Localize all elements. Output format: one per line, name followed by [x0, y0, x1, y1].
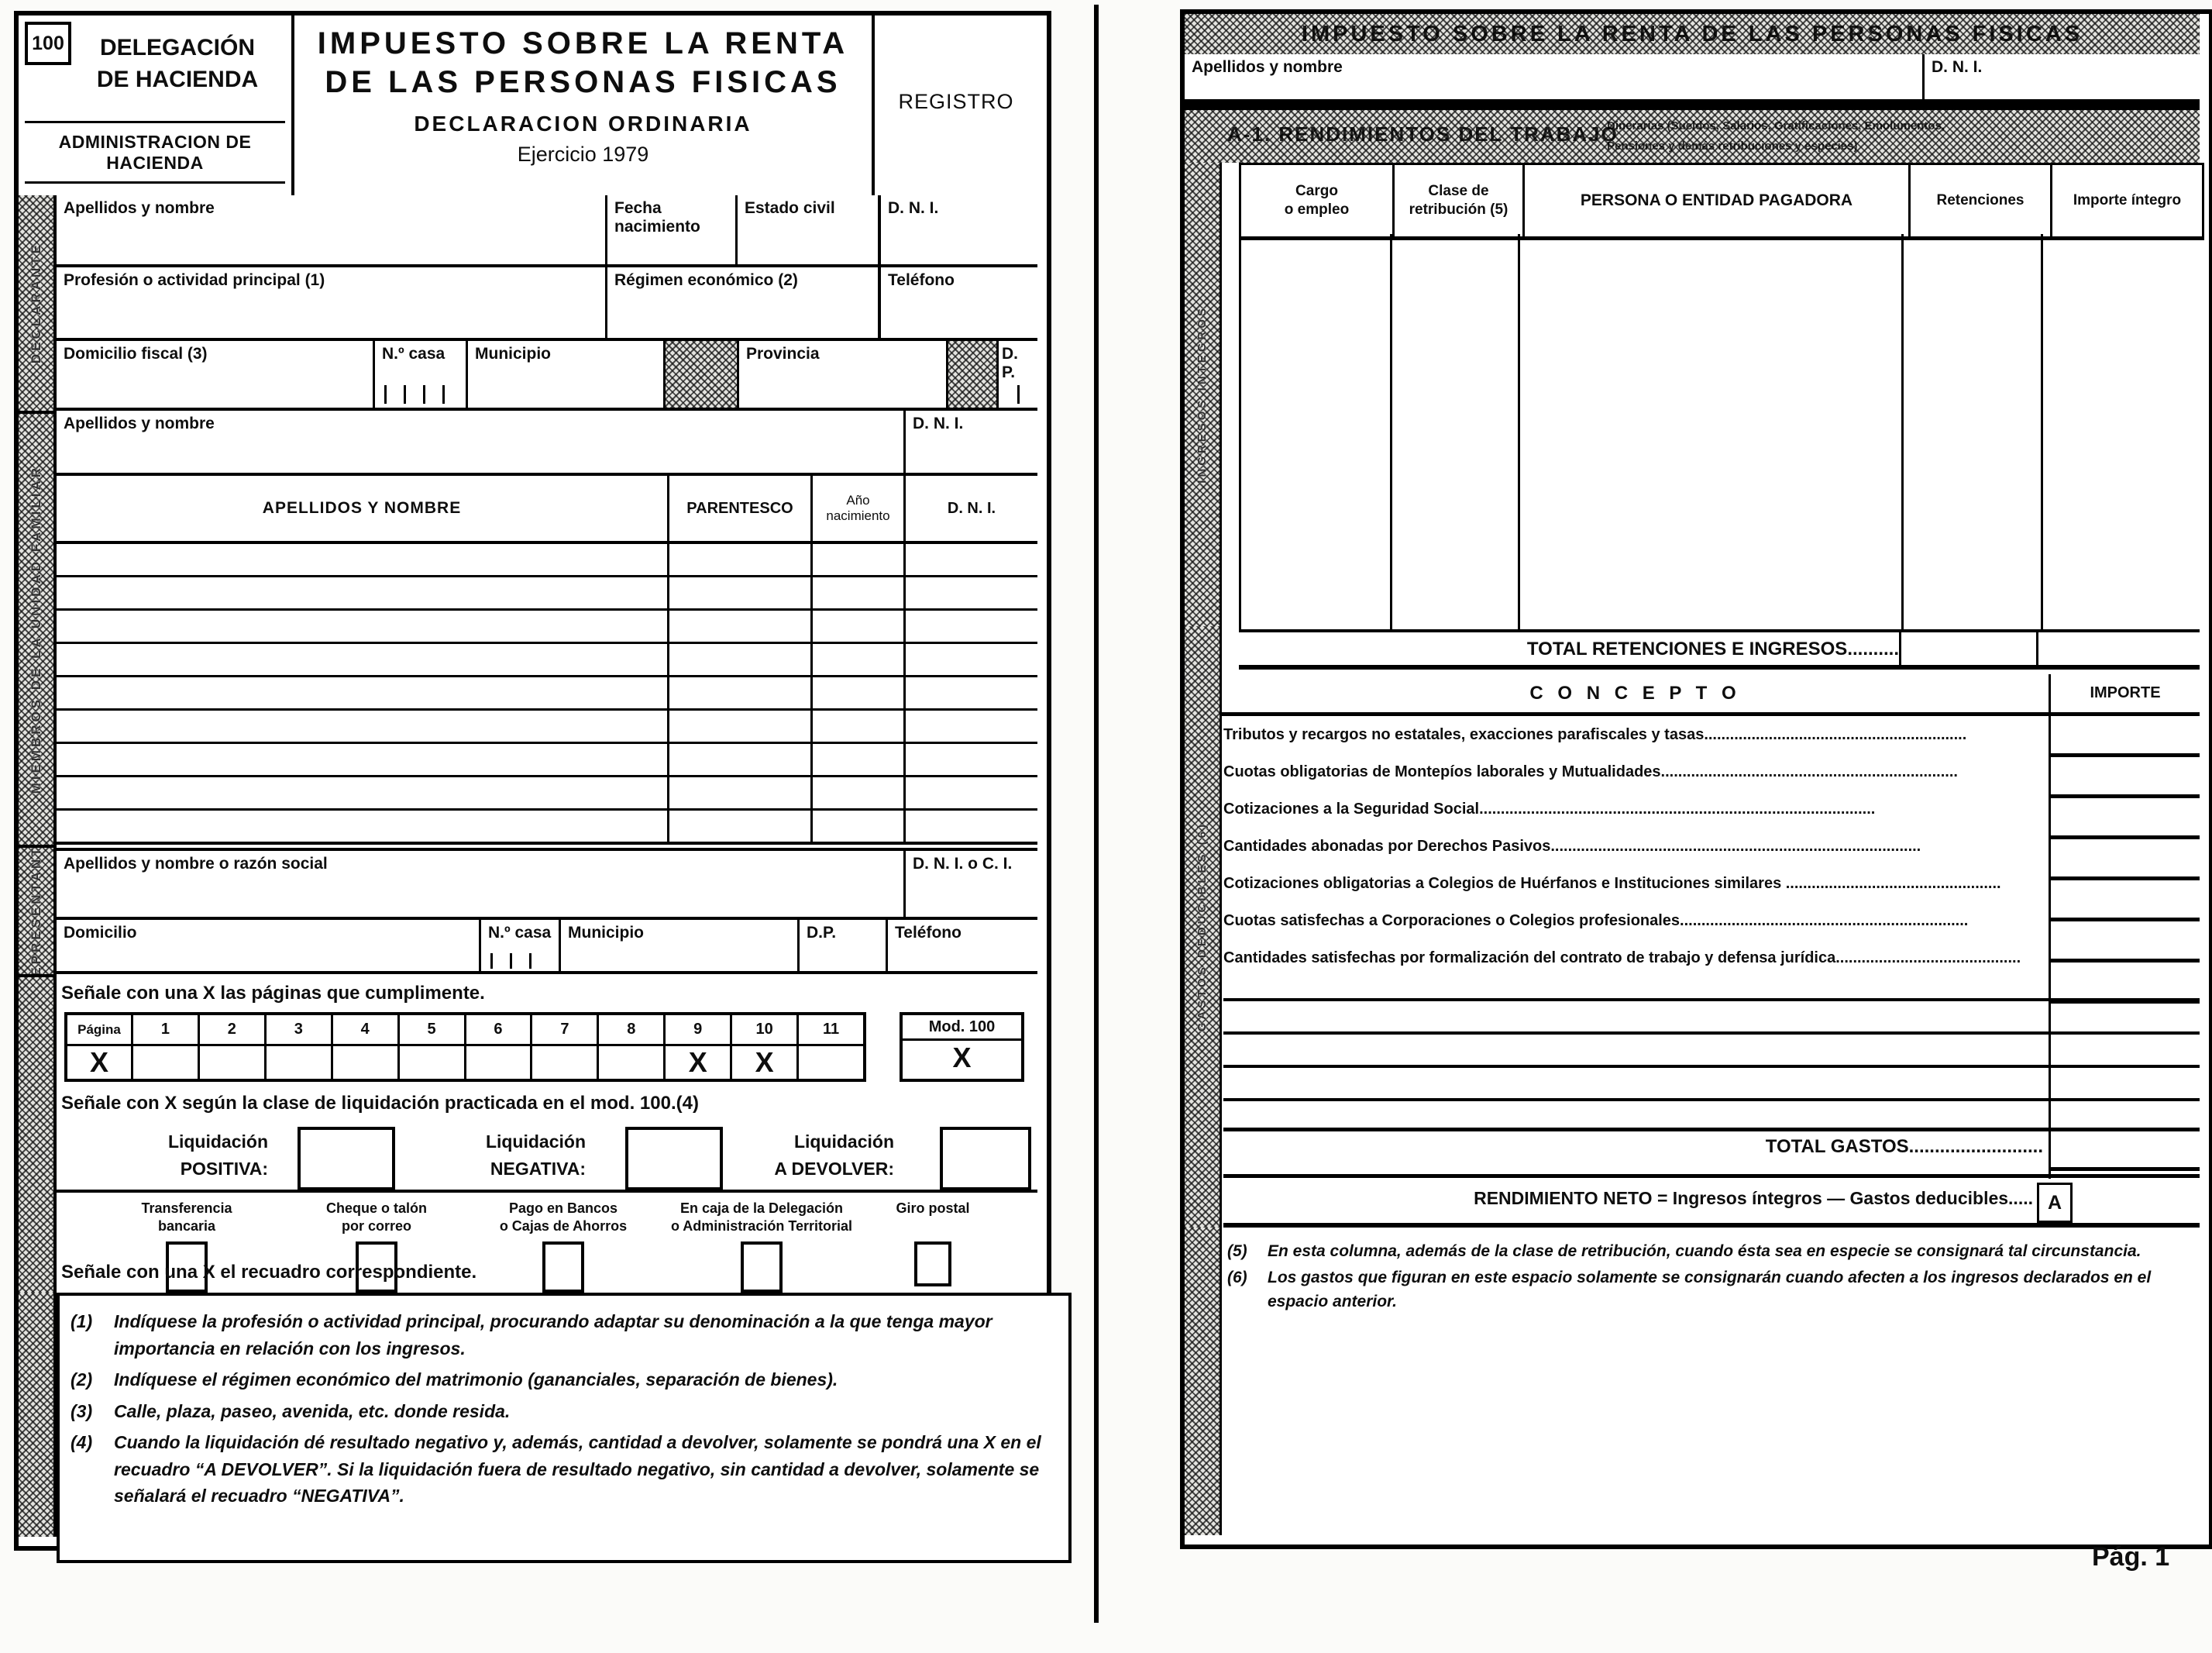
municipio-label: Municipio	[468, 341, 663, 367]
footnotes-box: (1)Indíquese la profesión o actividad pr…	[57, 1293, 1072, 1563]
col-anio-line2: nacimiento	[826, 508, 889, 524]
estado-civil-label: Estado civil	[738, 195, 878, 222]
fecha-nacimiento-label: Fecha nacimiento	[607, 195, 735, 240]
liquidacion-positiva-box[interactable]	[298, 1127, 395, 1190]
footnote-text: Indíquese el régimen económico del matri…	[114, 1366, 1051, 1393]
header-title-block: IMPUESTO SOBRE LA RENTA DE LAS PERSONAS …	[294, 15, 872, 195]
col-dni: D. N. I.	[903, 476, 1037, 541]
side-strip-liquidacion	[19, 977, 57, 1296]
profesion-field[interactable]: Profesión o actividad principal (1)	[57, 267, 605, 338]
ingresos-table-header: Cargoo empleo Clase deretribución (5) PE…	[1239, 163, 2204, 240]
total-retenciones-cell[interactable]	[1899, 632, 2038, 665]
paginas-header-9: 9	[693, 1021, 702, 1038]
administracion-fill-line[interactable]	[25, 181, 285, 184]
side-strip-gastos-label: GASTOS DEDUCIBLES (6)	[1195, 821, 1209, 1031]
n-casa-label: N.º casa	[375, 341, 466, 367]
footnote-6: (6)Los gastos que figuran en este espaci…	[1227, 1266, 2192, 1314]
regimen-economico-field[interactable]: Régimen económico (2)	[605, 267, 878, 338]
pagina-mark-cell-5[interactable]	[397, 1046, 464, 1079]
paginas-header-10: 10	[755, 1021, 772, 1038]
domicilio-fiscal-row: Domicilio fiscal (3) N.º casa Municipio …	[57, 341, 1037, 411]
pagina-mark-cell-8[interactable]	[597, 1046, 663, 1079]
n-casa-field[interactable]: N.º casa	[373, 341, 466, 408]
paginas-header-8: 8	[627, 1021, 635, 1038]
footnote-number: (4)	[71, 1429, 114, 1510]
pagina-mark-cell-1[interactable]	[131, 1046, 198, 1079]
total-gastos-label: TOTAL GASTOS..........................	[1223, 1136, 2043, 1158]
footnote-3: (3)Calle, plaza, paseo, avenida, etc. do…	[71, 1398, 1051, 1425]
fecha-nacimiento-field[interactable]: Fecha nacimiento	[605, 195, 735, 264]
paginas-header-11: 11	[823, 1021, 839, 1038]
page2-footnotes: (5)En esta columna, además de la clase d…	[1227, 1240, 2192, 1317]
conyuge-apellidos-field[interactable]: Apellidos y nombre	[57, 411, 903, 473]
side-strip-bottom	[1185, 1228, 1222, 1535]
side-strip-declarante-label: DECLARANTE	[29, 242, 44, 363]
form-header: 100 DELEGACIÓN DE HACIENDA ADMINISTRACIO…	[19, 15, 1037, 199]
representante-ncasa-field[interactable]: N.º casa	[479, 920, 559, 971]
seccion-a1-sub2: Pensiones y demás retribuciones y especi…	[1607, 139, 1857, 153]
col-anio-nacimiento: Año nacimiento	[810, 476, 903, 541]
page2-dni-label: D. N. I.	[1925, 54, 2200, 81]
pagina-mark-cell-portada[interactable]: X	[67, 1046, 131, 1079]
x-mark: X	[952, 1042, 971, 1074]
conyuge-apellidos-label: Apellidos y nombre	[57, 411, 903, 437]
concepto-row-3: Cotizaciones a la Seguridad Social......…	[1223, 790, 2043, 828]
page2-title: IMPUESTO SOBRE LA RENTA DE LAS PERSONAS …	[1302, 22, 2083, 47]
seccion-a1-sub1: Dinerarias (Sueldos, Salarios, Gratifica…	[1607, 119, 1945, 133]
col-dni-label: D. N. I.	[948, 500, 996, 518]
liquidacion-devolver-label: Liquidación A DEVOLVER:	[762, 1128, 894, 1182]
paginas-header-0: Página	[77, 1022, 121, 1038]
paginas-header-7: 7	[560, 1021, 569, 1038]
familia-col-divider-3	[903, 544, 906, 842]
delegacion-line1: DELEGACIÓN	[100, 35, 255, 60]
pagina-mark-cell-2[interactable]	[198, 1046, 264, 1079]
col-parentesco: PARENTESCO	[667, 476, 810, 541]
mod-100-box: Mod. 100 X	[900, 1012, 1024, 1082]
importe-cell[interactable]	[2051, 921, 2200, 963]
representante-municipio-field[interactable]: Municipio	[559, 920, 797, 971]
apellidos-nombre-label: Apellidos y nombre	[57, 195, 605, 222]
page2-identity-row: Apellidos y nombre D. N. I.	[1185, 54, 2200, 99]
representante-municipio-label: Municipio	[561, 920, 797, 946]
concepto-row-5: Cotizaciones obligatorias a Colegios de …	[1223, 865, 2043, 902]
paginas-header-cell: 10	[730, 1015, 796, 1044]
blank-row-line[interactable]	[1223, 1098, 2200, 1101]
pagina-mark-cell-7[interactable]	[530, 1046, 597, 1079]
x-mark: X	[90, 1046, 108, 1079]
concepto-header-row: C O N C E P T O IMPORTE	[1222, 674, 2200, 716]
liq-label-l2: POSITIVA:	[181, 1159, 268, 1179]
side-strip-representante-label: REPRESENTANTE	[29, 848, 44, 977]
ingresos-col-divider-2	[1518, 234, 1520, 629]
familia-table-body[interactable]	[57, 544, 1037, 845]
footnote-number: (3)	[71, 1398, 114, 1425]
delegacion-fill-line[interactable]	[25, 121, 285, 123]
payment-section-divider	[57, 1190, 1037, 1193]
paginas-header-2: 2	[228, 1021, 236, 1038]
apellidos-nombre-field[interactable]: Apellidos y nombre	[57, 195, 605, 264]
concepto-row-2: Cuotas obligatorias de Montepíos laboral…	[1223, 753, 2043, 790]
concepto-row-1: Tributos y recargos no estatales, exacci…	[1223, 716, 2043, 753]
pago-giro: Giro postal	[848, 1200, 1018, 1286]
footnote-text: Cuando la liquidación dé resultado negat…	[114, 1429, 1051, 1510]
representante-telefono-field[interactable]: Teléfono	[886, 920, 1037, 971]
hatched-cell-1	[663, 341, 737, 408]
paginas-header-cell: 2	[198, 1015, 264, 1044]
col-cargo-empleo: Cargoo empleo	[1241, 165, 1392, 236]
pago-giro-checkbox[interactable]	[914, 1241, 951, 1286]
pagina-mark-cell-10[interactable]: X	[730, 1046, 796, 1079]
declarante-identity-row: Apellidos y nombre Fecha nacimiento Esta…	[57, 195, 1037, 267]
form-title-line1: IMPUESTO SOBRE LA RENTA	[294, 26, 872, 61]
paginas-header-cell: 3	[264, 1015, 331, 1044]
importe-cells[interactable]	[2051, 716, 2200, 976]
footnote-5: (5)En esta columna, además de la clase d…	[1227, 1240, 2192, 1263]
pago-giro-label: Giro postal	[848, 1200, 1018, 1237]
concepto-row-6: Cuotas satisfechas a Corporaciones o Col…	[1223, 902, 2043, 939]
paginas-header-cell: 5	[397, 1015, 464, 1044]
footnote-number: (5)	[1227, 1240, 1268, 1263]
provincia-field[interactable]: Provincia	[737, 341, 946, 408]
total-gastos-importe-line[interactable]	[2051, 1167, 2200, 1171]
total-retenciones-importe-cell[interactable]	[2038, 632, 2200, 665]
ingresos-table-body[interactable]	[1239, 234, 2200, 629]
rendimiento-ref-box: A	[2037, 1183, 2073, 1223]
paginas-table: Página 1 2 3 4 5 6 7 8 9 10 11 X X X	[64, 1012, 866, 1082]
profesion-label: Profesión o actividad principal (1)	[57, 267, 605, 294]
importe-cell[interactable]	[2051, 880, 2200, 921]
rendimiento-bottom-line	[1223, 1223, 2200, 1228]
liquidacion-negativa-label: Liquidación NEGATIVA:	[470, 1128, 586, 1182]
telefono-label: Teléfono	[881, 267, 1037, 294]
footnote-number: (1)	[71, 1308, 114, 1362]
registro-box[interactable]: REGISTRO	[872, 15, 1037, 195]
declarante-profesion-row: Profesión o actividad principal (1) Régi…	[57, 267, 1037, 341]
estado-civil-field[interactable]: Estado civil	[735, 195, 878, 264]
representante-dni-field[interactable]: D. N. I. o C. I.	[903, 851, 1037, 917]
concepto-row-7: Cantidades satisfechas por formalización…	[1223, 939, 2043, 976]
importe-cell[interactable]	[2051, 839, 2200, 880]
rendimiento-top-line	[1223, 1174, 2200, 1178]
pagina-mark-cell-11[interactable]	[796, 1046, 863, 1079]
hatched-cell-2	[946, 341, 996, 408]
side-strip-declarante: DECLARANTE	[19, 195, 57, 414]
pago-caja-delegacion-checkbox[interactable]	[741, 1241, 783, 1293]
paginas-header-5: 5	[428, 1021, 436, 1038]
rendimiento-ref: A	[2048, 1192, 2062, 1214]
regimen-economico-label: Régimen económico (2)	[607, 267, 878, 294]
pago-bancos: Pago en Bancoso Cajas de Ahorros	[466, 1200, 660, 1293]
representante-dp-field[interactable]: D.P.	[797, 920, 886, 971]
total-retenciones-label: TOTAL RETENCIONES E INGRESOS..........	[1239, 632, 1899, 665]
pago-cheque-label: Cheque o talónpor correo	[280, 1200, 473, 1237]
conyuge-dni-label: D. N. I.	[906, 411, 1037, 437]
side-strip-familia-label: MIEMBROS DE LA UNIDAD FAMILIAR	[29, 465, 44, 794]
concepto-header-label: C O N C E P T O	[1222, 674, 2049, 712]
liquidacion-negativa-box[interactable]	[625, 1127, 723, 1190]
importe-cell[interactable]	[2051, 798, 2200, 839]
pago-bancos-label: Pago en Bancoso Cajas de Ahorros	[466, 1200, 660, 1237]
liq-label-l1: Liquidación	[486, 1131, 586, 1152]
paginas-header-cell: 6	[464, 1015, 531, 1044]
rendimiento-importe-cell[interactable]	[2070, 1183, 2200, 1218]
header-left-column: 100 DELEGACIÓN DE HACIENDA ADMINISTRACIO…	[19, 15, 294, 195]
pago-bancos-checkbox[interactable]	[542, 1241, 584, 1293]
model-number: 100	[32, 33, 64, 55]
conyuge-dni-field[interactable]: D. N. I.	[903, 411, 1037, 473]
form-page-1: 100 DELEGACIÓN DE HACIENDA ADMINISTRACIO…	[14, 11, 1051, 1551]
delegacion-label: DELEGACIÓN DE HACIENDA	[67, 33, 288, 95]
seccion-a1-band: A-1. RENDIMIENTOS DEL TRABAJO Dinerarias…	[1185, 110, 2200, 163]
liq-label-l1: Liquidación	[168, 1131, 268, 1152]
pagina-mark-cell-6[interactable]	[464, 1046, 531, 1079]
liquidacion-positiva-label: Liquidación POSITIVA:	[152, 1128, 268, 1182]
representante-ncasa-ticks	[490, 953, 546, 969]
seccion-a1-title: A-1. RENDIMIENTOS DEL TRABAJO	[1227, 122, 1619, 146]
paginas-header-4: 4	[361, 1021, 370, 1038]
domicilio-fiscal-field[interactable]: Domicilio fiscal (3)	[57, 341, 373, 408]
rendimiento-neto-label: RENDIMIENTO NETO = Ingresos íntegros — G…	[1223, 1188, 2033, 1209]
provincia-label: Provincia	[739, 341, 946, 367]
dni-field[interactable]: D. N. I.	[878, 195, 1037, 264]
paginas-header-cell: 8	[597, 1015, 663, 1044]
form-subtitle: DECLARACION ORDINARIA	[294, 112, 872, 136]
familia-table-header: APELLIDOS Y NOMBRE PARENTESCO Año nacimi…	[57, 476, 1037, 544]
paginas-header-row: Página 1 2 3 4 5 6 7 8 9 10 11	[67, 1015, 863, 1046]
col-persona-entidad: PERSONA O ENTIDAD PAGADORA	[1522, 165, 1908, 236]
footnote-number: (6)	[1227, 1266, 1268, 1314]
pago-instruccion: Señale con una X el recuadro correspondi…	[61, 1262, 476, 1283]
model-number-box: 100	[25, 22, 71, 65]
liq-label-l2: A DEVOLVER:	[774, 1159, 894, 1179]
blank-row-line[interactable]	[1223, 1065, 2200, 1068]
mod-100-label: Mod. 100	[903, 1015, 1021, 1041]
ingresos-col-divider-4	[2041, 234, 2043, 629]
importe-header-label: IMPORTE	[2049, 674, 2200, 712]
conceptos-list: Tributos y recargos no estatales, exacci…	[1223, 716, 2043, 976]
importe-cell[interactable]	[2051, 757, 2200, 798]
concepto-row-4: Cantidades abonadas por Derechos Pasivos…	[1223, 828, 2043, 865]
pago-caja-delegacion-label: En caja de la Delegacióno Administración…	[657, 1200, 866, 1237]
total-retenciones-row: TOTAL RETENCIONES E INGRESOS..........	[1239, 629, 2200, 670]
footnote-text: Los gastos que figuran en este espacio s…	[1268, 1266, 2192, 1314]
liquidacion-devolver-box[interactable]	[940, 1127, 1031, 1190]
paginas-header-cell: 9	[663, 1015, 730, 1044]
representante-ncasa-label: N.º casa	[481, 920, 559, 946]
importe-cell[interactable]	[2051, 716, 2200, 757]
ingresos-col-divider-3	[1901, 234, 1904, 629]
liq-label-l2: NEGATIVA:	[490, 1159, 586, 1179]
dp-field[interactable]: D. P.	[996, 341, 1037, 408]
paginas-header-1: 1	[161, 1021, 170, 1038]
telefono-field[interactable]: Teléfono	[878, 267, 1037, 338]
col-clase-retribucion: Clase deretribución (5)	[1392, 165, 1522, 236]
dp-digit-tick	[1017, 385, 1020, 404]
page-number: Pág. 1	[2092, 1542, 2169, 1572]
footnote-text: Calle, plaza, paseo, avenida, etc. donde…	[114, 1398, 1051, 1425]
representante-dni-label: D. N. I. o C. I.	[906, 851, 1037, 877]
page2-apellidos-field[interactable]: Apellidos y nombre	[1185, 54, 1922, 99]
pagina-mark-cell-4[interactable]	[331, 1046, 397, 1079]
administracion-label: ADMINISTRACION DE HACIENDA	[19, 132, 291, 174]
paginas-header-cell: 4	[331, 1015, 397, 1044]
page2-title-band: IMPUESTO SOBRE LA RENTA DE LAS PERSONAS …	[1185, 14, 2200, 54]
col-apellidos-nombre: APELLIDOS Y NOMBRE	[57, 476, 667, 541]
x-mark: X	[689, 1046, 707, 1079]
pago-caja-delegacion: En caja de la Delegacióno Administración…	[657, 1200, 866, 1293]
pago-transferencia-label: Transferenciabancaria	[90, 1200, 284, 1237]
col-parentesco-label: PARENTESCO	[686, 500, 793, 518]
paginas-header-cell: 7	[530, 1015, 597, 1044]
side-strip-gastos: GASTOS DEDUCIBLES (6)	[1185, 626, 1222, 1228]
mod-100-mark-cell[interactable]: X	[903, 1041, 1021, 1075]
municipio-field[interactable]: Municipio	[466, 341, 663, 408]
representante-domicilio-row: Domicilio N.º casa Municipio D.P. Teléfo…	[57, 920, 1037, 974]
side-strip-representante: REPRESENTANTE	[19, 848, 57, 977]
form-title-line2: DE LAS PERSONAS FISICAS	[294, 65, 872, 100]
liq-label-l1: Liquidación	[794, 1131, 894, 1152]
ejercicio-label: Ejercicio 1979	[294, 143, 872, 167]
side-strip-familia: MIEMBROS DE LA UNIDAD FAMILIAR	[19, 414, 57, 848]
n-casa-digit-ticks	[384, 385, 451, 404]
paginas-header-cell: Página	[67, 1015, 131, 1044]
domicilio-fiscal-label: Domicilio fiscal (3)	[57, 341, 373, 367]
footnote-4: (4)Cuando la liquidación dé resultado ne…	[71, 1429, 1051, 1510]
liquidacion-instruccion: Señale con X según la clase de liquidaci…	[61, 1093, 699, 1114]
paginas-marks-row: X X X	[67, 1046, 863, 1079]
representante-domicilio-field[interactable]: Domicilio	[57, 920, 479, 971]
familia-col-divider-1	[667, 544, 669, 842]
section-separator-band	[1185, 99, 2200, 110]
paginas-header-3: 3	[294, 1021, 303, 1038]
paginas-instruccion: Señale con una X las páginas que cumplim…	[61, 983, 485, 1004]
page2-dni-field[interactable]: D. N. I.	[1922, 54, 2200, 99]
familia-col-divider-2	[810, 544, 813, 842]
razon-social-field[interactable]: Apellidos y nombre o razón social	[57, 851, 903, 917]
footnote-text: Indíquese la profesión o actividad princ…	[114, 1308, 1051, 1362]
col-apellidos-nombre-label: APELLIDOS Y NOMBRE	[263, 499, 461, 518]
side-strip-ingresos: INGRESOS ÍNTEGROS	[1185, 163, 1222, 626]
side-strip-notas	[19, 1293, 57, 1537]
paginas-header-6: 6	[494, 1021, 502, 1038]
blank-row-line[interactable]	[1223, 1031, 2200, 1035]
paginas-header-cell: 1	[131, 1015, 198, 1044]
razon-social-label: Apellidos y nombre o razón social	[57, 851, 903, 877]
x-mark: X	[755, 1046, 774, 1079]
page2-apellidos-label: Apellidos y nombre	[1185, 54, 1922, 81]
dp-label: D. P.	[999, 341, 1037, 386]
total-gastos-top-line	[1223, 1128, 2200, 1131]
paginas-header-cell: 11	[796, 1015, 863, 1044]
blank-row-line[interactable]	[1223, 998, 2200, 1001]
representante-identity-row: Apellidos y nombre o razón social D. N. …	[57, 848, 1037, 920]
pagina-mark-cell-9[interactable]: X	[663, 1046, 730, 1079]
footnote-2: (2)Indíquese el régimen económico del ma…	[71, 1366, 1051, 1393]
col-importe-integro: Importe íntegro	[2050, 165, 2202, 236]
ingresos-col-divider-1	[1390, 234, 1392, 629]
form-page-2: IMPUESTO SOBRE LA RENTA DE LAS PERSONAS …	[1180, 9, 2212, 1549]
conyuge-row: Apellidos y nombre D. N. I.	[57, 411, 1037, 476]
side-strip-ingresos-label: INGRESOS ÍNTEGROS	[1195, 305, 1209, 484]
page-divider	[1094, 5, 1099, 1623]
footnote-number: (2)	[71, 1366, 114, 1393]
representante-dp-label: D.P.	[800, 920, 886, 946]
pagina-mark-cell-3[interactable]	[264, 1046, 331, 1079]
footnote-text: En esta columna, además de la clase de r…	[1268, 1240, 2192, 1263]
representante-telefono-label: Teléfono	[888, 920, 1037, 946]
registro-label: REGISTRO	[875, 90, 1037, 114]
representante-domicilio-label: Domicilio	[57, 920, 479, 946]
col-anio-line1: Año	[846, 493, 869, 508]
col-retenciones: Retenciones	[1908, 165, 2050, 236]
footnote-1: (1)Indíquese la profesión o actividad pr…	[71, 1308, 1051, 1362]
delegacion-line2: DE HACIENDA	[97, 67, 258, 92]
dni-label: D. N. I.	[881, 195, 1037, 222]
